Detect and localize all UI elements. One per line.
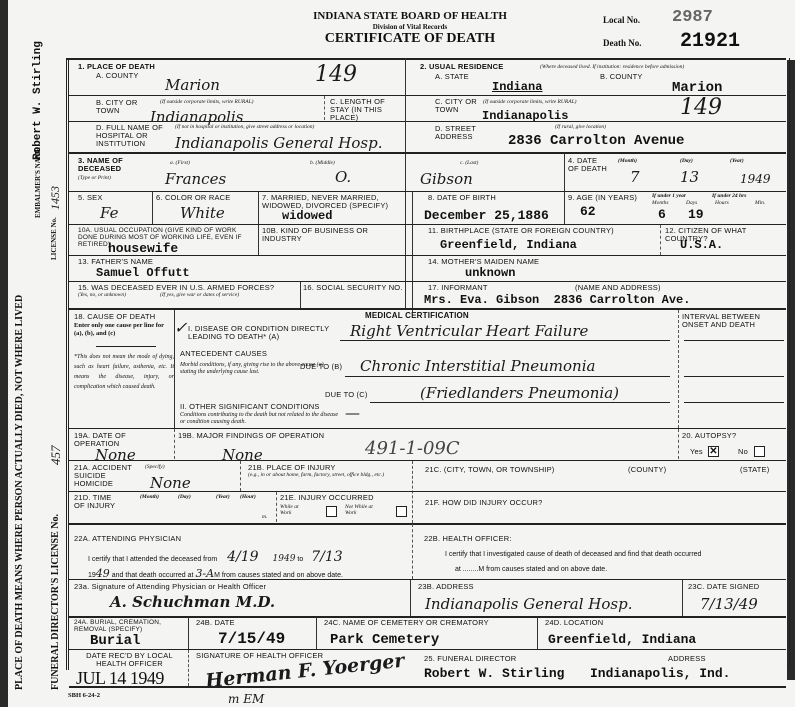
- months-label: Months: [652, 200, 669, 206]
- age-label: 9. AGE (In years): [568, 194, 637, 202]
- residence-label: 2. USUAL RESIDENCE: [420, 63, 503, 71]
- rule: [258, 192, 259, 224]
- sex-label: 5. SEX: [78, 194, 103, 202]
- death-county-value: Marion: [165, 76, 220, 94]
- operation-findings-value: None: [222, 446, 263, 464]
- funeral-director-address-value: Indianapolis, Ind.: [590, 666, 730, 681]
- license-label: LICENSE No.: [50, 217, 58, 260]
- first-name-label: a. (First): [170, 160, 190, 166]
- date-of-birth-label: 8. DATE OF BIRTH: [428, 194, 496, 202]
- rule: [69, 224, 786, 225]
- marital-status-label: 7. MARRIED, NEVER MARRIED, WIDOWED, DIVO…: [262, 194, 410, 210]
- autopsy-no-checkbox[interactable]: [754, 446, 765, 457]
- license-number: 1453: [48, 186, 63, 210]
- death-no-label: Death No.: [603, 38, 642, 48]
- death-city-label: b. CITY OR TOWN: [96, 99, 156, 115]
- injury-time-day: (Day): [178, 494, 191, 500]
- medical-certification-title: MEDICAL CERTIFICATION: [365, 312, 469, 320]
- binding-edge: [0, 0, 8, 707]
- cause-footnote: *This does not mean the mode of dying, s…: [74, 352, 174, 392]
- date-signed-value: 7/13/49: [700, 595, 758, 613]
- rule: [684, 402, 784, 403]
- local-no-label: Local No.: [603, 15, 640, 25]
- burial-date-value: 7/15/49: [218, 630, 285, 648]
- under-one-year-label: If under 1 year: [652, 193, 686, 199]
- residence-county-value: Marion: [672, 80, 722, 96]
- injury-time-label: 21d. TIME OF INJURY: [74, 494, 124, 510]
- year-prefix: 19: [88, 572, 96, 579]
- health-officer-label: 22b. HEALTH OFFICER:: [424, 535, 512, 543]
- top-rule: [66, 58, 786, 60]
- rule: [69, 255, 786, 256]
- cause-c-value: (Friedlanders Pneumonia): [420, 384, 619, 402]
- hospital-value: Indianapolis General Hosp.: [175, 134, 382, 152]
- rule: [412, 192, 413, 312]
- rule: [300, 282, 301, 308]
- rule: [340, 340, 670, 341]
- interval-label: INTERVAL BETWEEN ONSET AND DEATH: [682, 313, 782, 329]
- attended-to-value: 7/13: [311, 549, 342, 565]
- date-received-label: DATE REC'D BY LOCAL HEALTH OFFICER: [72, 652, 187, 668]
- cause-a-value: Right Ventricular Heart Failure: [350, 322, 588, 340]
- rule: [188, 617, 189, 649]
- place-of-death-label: 1. PLACE OF DEATH: [78, 63, 155, 71]
- mother-name-label: 14. MOTHER'S MAIDEN NAME: [428, 258, 539, 266]
- direct-cause-label: I. DISEASE OR CONDITION DIRECTLY LEADING…: [188, 325, 338, 341]
- physician-text-1: I certify that I attended the deceased f…: [88, 556, 217, 563]
- local-no-value: 2987: [672, 8, 713, 27]
- autopsy-yes-label: Yes: [690, 448, 703, 456]
- injury-occurred-label: 21e. INJURY OCCURRED: [280, 494, 374, 502]
- length-of-stay-label: c. LENGTH OF STAY (in this place): [330, 98, 405, 122]
- death-year-value: 1949: [740, 172, 771, 186]
- autopsy-no-label: No: [738, 448, 748, 456]
- rule: [564, 153, 565, 191]
- rule: [324, 96, 325, 120]
- rule: [69, 491, 786, 492]
- board-title: INDIANA STATE BOARD OF HEALTH: [300, 10, 520, 22]
- autopsy-label: 20. AUTOPSY?: [682, 432, 736, 440]
- rule: [69, 460, 786, 461]
- date-of-death-label: 4. DATE OF DEATH: [568, 157, 608, 173]
- cause-b-value: Chronic Interstitial Pneumonia: [360, 357, 595, 375]
- rule: [682, 580, 683, 616]
- rule: [69, 579, 786, 580]
- social-security-label: 16. SOCIAL SECURITY No.: [303, 284, 403, 292]
- how-injury-label: 21f. HOW DID INJURY OCCUR?: [425, 499, 542, 507]
- injury-place-hint: (e.g., in or about home, farm, factory, …: [248, 472, 408, 478]
- under-24-hours-label: If under 24 hrs: [712, 193, 746, 199]
- rule: [678, 429, 679, 459]
- physician-statement-line-1: I certify that I attended the deceased f…: [88, 549, 343, 565]
- death-county-code: 149: [315, 62, 357, 87]
- rule: [69, 523, 786, 525]
- business-label: 10b. KIND OF BUSINESS OR INDUSTRY: [262, 227, 410, 243]
- attending-physician-label: 22a. ATTENDING PHYSICIAN: [74, 535, 181, 543]
- accident-hint: (Specify): [145, 464, 165, 470]
- last-name-label: c. (Last): [460, 160, 478, 166]
- cemetery-label: 24c. NAME OF CEMETERY OR CREMATORY: [324, 619, 489, 627]
- death-city-hint: (If outside corporate limits, write RURA…: [160, 99, 254, 105]
- hours-label: Hours: [715, 200, 729, 206]
- cemetery-value: Park Cemetery: [330, 632, 439, 648]
- age-months-value: 6: [658, 207, 666, 222]
- rule: [69, 121, 405, 122]
- other-conditions-value: —: [345, 404, 360, 422]
- rule: [410, 580, 411, 616]
- deceased-name-hint: (Type or Print): [78, 175, 111, 181]
- rule: [174, 429, 175, 459]
- residence-state-label: a. STATE: [435, 73, 469, 81]
- other-conditions-hint: Conditions contributing to the death but…: [180, 412, 340, 426]
- antecedent-causes-label: ANTECEDENT CAUSES: [180, 350, 267, 358]
- address-value: Indianapolis General Hosp.: [425, 595, 632, 613]
- due-to-c-label: DUE TO (c): [325, 391, 368, 399]
- physician-text-3: M from causes stated and on above date.: [214, 572, 343, 579]
- street-label: d. STREET ADDRESS: [435, 125, 480, 141]
- rule: [406, 121, 786, 122]
- funeral-director-address-label: ADDRESS: [668, 655, 706, 663]
- marital-status-value: widowed: [282, 209, 332, 223]
- rule: [684, 340, 784, 341]
- birthplace-label: 11. BIRTHPLACE (State or foreign country…: [428, 227, 614, 235]
- mother-name-value: unknown: [465, 266, 515, 280]
- not-while-at-work-label: Not While at Work: [345, 504, 385, 516]
- rule: [684, 376, 784, 377]
- date-of-birth-value: December 25,1886: [424, 208, 549, 223]
- father-name-label: 13. FATHER'S NAME: [78, 258, 153, 266]
- rule: [96, 346, 156, 347]
- armed-forces-hint-2: (If yes, give war or dates of service): [160, 292, 239, 298]
- birthplace-value: Greenfield, Indiana: [440, 238, 577, 252]
- month-label: (Month): [618, 158, 637, 164]
- rule: [69, 191, 786, 192]
- age-days-value: 19: [688, 207, 704, 222]
- county-label: a. COUNTY: [96, 72, 139, 80]
- burial-date-label: 24b. DATE: [196, 619, 235, 627]
- deceased-name-label: 3. NAME OF DECEASED: [78, 157, 138, 173]
- clerk-initials: m EM: [228, 692, 264, 706]
- injury-time-meridiem: m.: [262, 514, 267, 520]
- death-month-value: 7: [630, 168, 640, 186]
- operation-date-value: None: [95, 446, 136, 464]
- while-at-work-checkbox[interactable]: [326, 506, 337, 517]
- to-label: to: [297, 556, 303, 563]
- health-officer-text-1: I certify that I investigated cause of d…: [445, 551, 701, 558]
- occupation-value: housewife: [108, 241, 178, 256]
- funeral-director-license-label: FUNERAL DIRECTOR'S LICENSE No.: [50, 514, 61, 690]
- race-label: 6. COLOR OR RACE: [156, 194, 230, 202]
- burial-method-value: Burial: [90, 633, 140, 649]
- cause-of-death-label: 18. CAUSE OF DEATH: [74, 313, 155, 321]
- residence-city-code: 149: [680, 95, 722, 120]
- funeral-director-label: 25. FUNERAL DIRECTOR: [424, 655, 516, 663]
- rule: [412, 524, 413, 579]
- health-officer-signature-label: SIGNATURE OF HEALTH OFFICER: [196, 652, 323, 660]
- days-label: Days: [686, 200, 697, 206]
- other-conditions-label: II. OTHER SIGNIFICANT CONDITIONS: [180, 403, 320, 411]
- burial-location-value: Greenfield, Indiana: [548, 632, 696, 647]
- physician-signature: A. Schuchman M.D.: [110, 593, 275, 611]
- rule: [69, 281, 786, 282]
- residence-city-hint: (If outside corporate limits, write RURA…: [483, 99, 577, 105]
- residence-city-label: c. CITY OR TOWN: [435, 98, 480, 114]
- rule: [406, 95, 786, 96]
- rule: [564, 192, 565, 224]
- death-day-value: 13: [680, 168, 699, 186]
- date-signed-label: 23c. DATE SIGNED: [688, 583, 759, 591]
- rule: [316, 617, 317, 649]
- injury-place-label: 21b. PLACE OF INJURY: [248, 464, 336, 472]
- rule: [69, 95, 405, 96]
- rule: [69, 152, 786, 154]
- funeral-director-value: Robert W. Stirling: [424, 666, 564, 681]
- injury-time-hour: (Hour): [240, 494, 256, 500]
- burial-method-label: 24a. BURIAL, CREMATION, REMOVAL (Specify…: [74, 619, 192, 633]
- rule: [188, 650, 189, 686]
- accident-value: None: [150, 474, 191, 492]
- funeral-director-license-number: 457: [48, 446, 64, 466]
- death-no-value: 21921: [680, 30, 740, 53]
- residence-county-label: b. COUNTY: [600, 73, 643, 81]
- address-label: 23b. ADDRESS: [418, 583, 474, 591]
- last-name-value: Gibson: [420, 170, 473, 188]
- rule: [258, 225, 259, 255]
- informant-value: Mrs. Eva. Gibson 2836 Carrolton Ave.: [424, 293, 690, 307]
- autopsy-yes-checkbox[interactable]: ✕: [708, 446, 719, 457]
- day-label: (Day): [680, 158, 693, 164]
- first-name-value: Frances: [165, 170, 226, 188]
- burial-location-label: 24d. LOCATION: [545, 619, 603, 627]
- not-while-at-work-checkbox[interactable]: [396, 506, 407, 517]
- form-code: SBH 6-24-2: [68, 692, 100, 699]
- injury-county-label: (COUNTY): [628, 466, 666, 474]
- street-value: 2836 Carrolton Avenue: [508, 133, 684, 149]
- informant-hint: (NAME AND ADDRESS): [575, 284, 661, 292]
- age-years-value: 62: [580, 204, 596, 219]
- rule: [678, 310, 679, 428]
- signature-label: 23a. Signature of Attending Physician or…: [74, 583, 266, 591]
- injury-time-month: (Month): [140, 494, 159, 500]
- rule: [370, 402, 670, 403]
- residence-hint: (Where deceased lived. If institution: r…: [540, 64, 684, 70]
- armed-forces-hint-1: (Yes, no, or unknown): [78, 292, 126, 298]
- injury-city-label: 21c. (CITY, TOWN, OR TOWNSHIP): [425, 466, 555, 474]
- attended-from-value: 4/19: [227, 549, 258, 565]
- race-value: White: [180, 204, 225, 222]
- embalmer-name: Robert W. Stirling: [32, 41, 44, 160]
- injury-time-year: (Year): [216, 494, 230, 500]
- hospital-label: d. FULL NAME OF HOSPITAL OR INSTITUTION: [96, 124, 171, 148]
- citizenship-value: U.S.A.: [680, 238, 723, 252]
- while-at-work-label: While at Work: [280, 504, 308, 516]
- year-label: (Year): [730, 158, 744, 164]
- checkmark-icon: ✓: [174, 318, 187, 337]
- health-officer-text-2: at ........M from causes stated and on a…: [455, 566, 607, 573]
- armed-forces-label: 15. WAS DECEASED EVER IN U.S. ARMED FORC…: [78, 284, 298, 292]
- rule: [660, 225, 661, 255]
- certificate-title: CERTIFICATE OF DEATH: [300, 31, 520, 47]
- place-of-death-note: PLACE OF DEATH MEANS WHERE PERSON ACTUAL…: [14, 295, 25, 690]
- residence-state-value: Indiana: [492, 80, 542, 94]
- division-title: Division of Vital Records: [300, 23, 520, 31]
- informant-label: 17. INFORMANT: [428, 284, 488, 292]
- cause-of-death-hint: Enter only one cause per line for (a), (…: [74, 322, 174, 338]
- min-label: Min.: [755, 200, 765, 206]
- operation-findings-label: 19b. MAJOR FINDINGS OF OPERATION: [178, 432, 324, 440]
- hospital-hint: (If not in hospital or institution, give…: [175, 124, 314, 130]
- physician-text-2: and that death occurred at: [112, 572, 194, 579]
- accident-label: 21a. ACCIDENT SUICIDE HOMICIDE: [74, 464, 134, 488]
- injury-state-label: (STATE): [740, 466, 769, 474]
- attended-from-year: 1949: [273, 554, 296, 564]
- middle-name-label: b. (Middle): [310, 160, 335, 166]
- classification-code: 491-1-09C: [365, 438, 460, 459]
- rule: [276, 492, 277, 522]
- rule: [69, 649, 786, 650]
- rule: [412, 461, 413, 523]
- rule: [69, 686, 786, 688]
- rule: [240, 461, 241, 491]
- rule: [537, 617, 538, 649]
- rule: [152, 192, 153, 224]
- rule: [345, 376, 670, 377]
- street-hint: (If rural, give location): [555, 124, 606, 130]
- due-to-b-label: DUE TO (b): [300, 363, 342, 371]
- father-name-value: Samuel Offutt: [96, 266, 190, 280]
- middle-name-value: O.: [335, 168, 351, 186]
- sex-value: Fe: [100, 204, 118, 222]
